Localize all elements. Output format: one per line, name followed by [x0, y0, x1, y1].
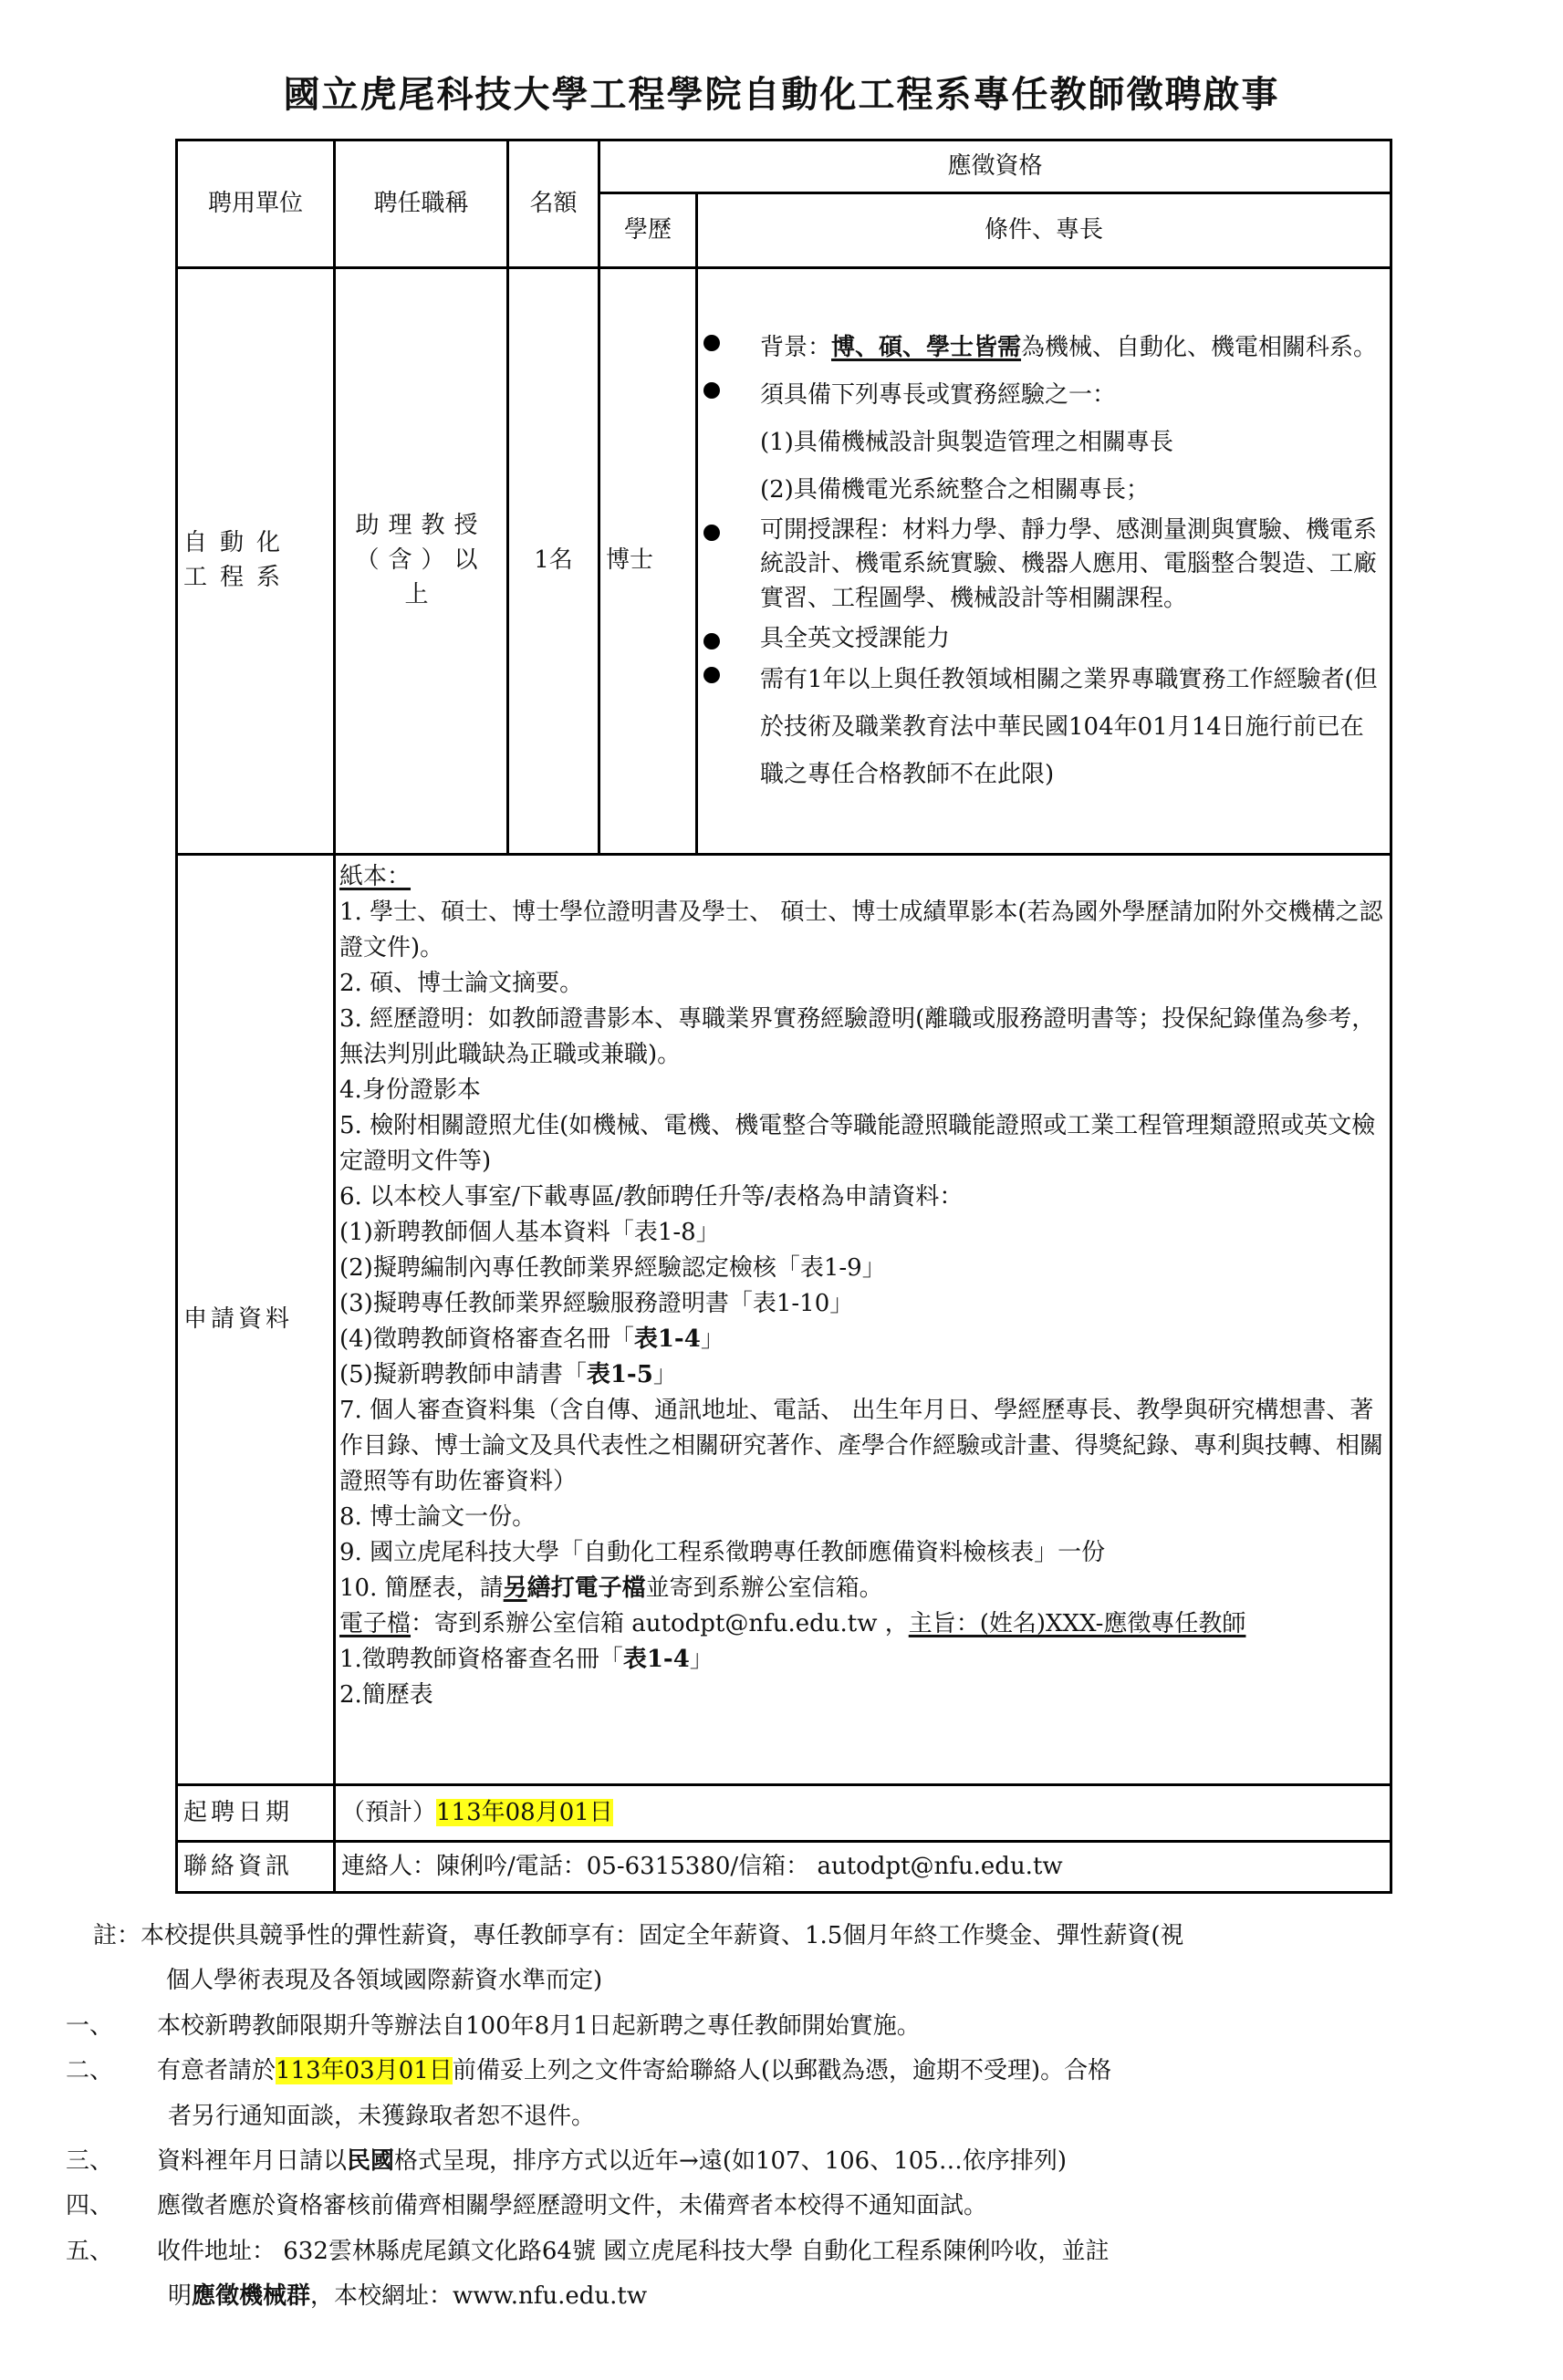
note-emphasis: 民國: [347, 2147, 394, 2175]
contact-label-text: 聯絡資訊: [183, 1853, 293, 1880]
condition-expertise: 須具備下列專長或實務經驗之一： (1)具備機械設計與製造管理之相關專長 (2)具…: [698, 371, 1386, 514]
note-2: 二、有意者請於113年03月01日前備妥上列之文件寄給聯絡人(以郵戳為憑，逾期不…: [66, 2049, 1489, 2094]
item-number: 10.: [339, 1575, 377, 1602]
note-number: 四、: [66, 2184, 157, 2229]
email-label: 電子檔: [339, 1610, 411, 1637]
header-qualifications: 應徵資格: [599, 140, 1391, 193]
background-prefix: 背景：: [760, 334, 831, 361]
english-text: 具全英文授課能力: [760, 625, 950, 652]
note-text: 有意者請於: [157, 2057, 276, 2084]
note-text: 本校新聘教師限期升等辦法自100年8月1日起新聘之專任教師開始實施。: [157, 2012, 921, 2040]
email-text: ：寄到系辦公室信箱 autodpt@nfu.edu.tw ，: [411, 1610, 909, 1637]
bullet-icon: [703, 335, 720, 351]
item-text: 國立虎尾科技大學「自動化工程系徵聘專任教師應備資料檢核表」一份: [370, 1539, 1105, 1566]
item-text: 並寄到系辦公室信箱。: [646, 1575, 883, 1602]
apply-label: 申請資料: [183, 1305, 293, 1333]
note-text: 資料裡年月日請以: [157, 2147, 347, 2175]
note-2-cont: 者另行通知面談，未獲錄取者恕不退件。: [66, 2094, 1489, 2139]
note-text: ，本校網址：www.nfu.edu.tw: [310, 2282, 647, 2310]
salary-note: 註：本校提供具競爭性的彈性薪資，專任教師享有：固定全年薪資、1.5個月年終工作獎…: [66, 1914, 1489, 1959]
conditions-cell: 背景：博、碩、學士皆需為機械、自動化、機電相關科系。 須具備下列專長或實務經驗之…: [697, 268, 1391, 855]
deadline-date: 113年03月01日: [276, 2057, 453, 2084]
note-text: 明: [168, 2282, 192, 2310]
start-date-prefix: （預計）: [341, 1799, 436, 1826]
apply-item-4: 4.身份證影本: [339, 1073, 1386, 1108]
contact-text: 連絡人：陳俐吟/電話：05-6315380/信箱： autodpt@nfu.ed…: [341, 1853, 1063, 1880]
item-emphasis: 另: [504, 1575, 527, 1602]
start-date-row: 起聘日期 （預計）113年08月01日: [177, 1785, 1391, 1842]
degree-cell: 博士: [599, 268, 697, 855]
condition-courses: 可開授課程：材料力學、靜力學、感測量測與實驗、機電系統設計、機電系統實驗、機器人…: [698, 514, 1386, 617]
item-text: 博士論文一份。: [370, 1503, 536, 1531]
note-1: 一、本校新聘教師限期升等辦法自100年8月1日起新聘之專任教師開始實施。: [66, 2004, 1489, 2049]
header-conditions: 條件、專長: [697, 193, 1391, 268]
note-text: 收件地址： 632雲林縣虎尾鎮文化路64號 國立虎尾科技大學 自動化工程系陳俐吟…: [157, 2238, 1110, 2265]
bullet-icon: [703, 667, 720, 683]
salary-note-cont: 個人學術表現及各領域國際薪資水準而定): [66, 1959, 1489, 2003]
header-unit: 聘用單位: [177, 140, 335, 268]
background-rest: 為機械、自動化、機電相關科系。: [1021, 334, 1377, 361]
position-value: 助理教授（含）以上: [355, 512, 486, 608]
form-text: (5)擬新聘教師申請書「: [339, 1361, 587, 1388]
item-number: 4.: [339, 1076, 362, 1104]
email-item-text: 1.徵聘教師資格審查名冊「: [339, 1646, 623, 1673]
item-number: 6.: [339, 1183, 362, 1211]
page-title: 國立虎尾科技大學工程學院自動化工程系專任教師徵聘啟事: [0, 66, 1563, 118]
apply-item-2: 2. 碩、博士論文摘要。: [339, 966, 1386, 1002]
notes-section: 註：本校提供具競爭性的彈性薪資，專任教師享有：固定全年薪資、1.5個月年終工作獎…: [66, 1914, 1489, 2320]
form-3: (3)擬聘專任教師業界經驗服務證明書「表1-10」: [339, 1286, 1386, 1322]
recruitment-table: 聘用單位 聘任職稱 名額 應徵資格 學歷 條件、專長 自動化工程系 助理教授（含…: [175, 139, 1392, 1894]
item-number: 3.: [339, 1005, 362, 1033]
apply-item-3: 3. 經歷證明：如教師證書影本、專職業界實務經驗證明(離職或服務證明書等；投保紀…: [339, 1002, 1386, 1073]
start-date-label-text: 起聘日期: [183, 1799, 293, 1826]
condition-english: 具全英文授課能力: [698, 622, 1386, 657]
application-row: 申請資料 紙本： 1. 學士、碩士、博士學位證明書及學士、 碩士、博士成績單影本…: [177, 855, 1391, 1785]
form-1: (1)新聘教師個人基本資料「表1-8」: [339, 1215, 1386, 1251]
apply-item-7: 7. 個人審查資料集（含自傳、通訊地址、電話、 出生年月日、學經歷專長、教學與研…: [339, 1393, 1386, 1500]
unit-value: 自動化工程系: [183, 529, 293, 591]
form-code: 表1-5: [587, 1361, 653, 1388]
email-item-2: 2.簡歷表: [339, 1678, 1386, 1713]
email-item-close: 」: [690, 1646, 714, 1673]
item-number: 2.: [339, 970, 362, 997]
contact-label: 聯絡資訊: [177, 1842, 335, 1893]
item-number: 8.: [339, 1503, 362, 1531]
note-text: 格式呈現，排序方式以近年→遠(如107、106、105…依序排列): [394, 2147, 1067, 2175]
email-subject: 主旨：(姓名)XXX-應徵專任教師: [909, 1610, 1246, 1637]
position-row: 自動化工程系 助理教授（含）以上 1名 博士 背景：博、碩、學士皆需為機械、自動…: [177, 268, 1391, 855]
item-number: 5.: [339, 1112, 362, 1139]
note-3: 三、資料裡年月日請以民國格式呈現，排序方式以近年→遠(如107、106、105……: [66, 2139, 1489, 2184]
apply-item-6: 6. 以本校人事室/下載專區/教師聘任升等/表格為申請資料：: [339, 1180, 1386, 1215]
apply-item-5: 5. 檢附相關證照尤佳(如機械、電機、機電整合等職能證照職能證照或工業工程管理類…: [339, 1108, 1386, 1180]
email-instructions: 電子檔：寄到系辦公室信箱 autodpt@nfu.edu.tw ，主旨：(姓名)…: [339, 1606, 1386, 1642]
form-text: (4)徵聘教師資格審查名冊「: [339, 1325, 634, 1353]
start-date-label: 起聘日期: [177, 1785, 335, 1842]
condition-background: 背景：博、碩、學士皆需為機械、自動化、機電相關科系。: [698, 324, 1386, 371]
item-text: 個人審查資料集（含自傳、通訊地址、電話、 出生年月日、學經歷專長、教學與研究構想…: [339, 1397, 1383, 1495]
item-number: 7.: [339, 1397, 362, 1424]
start-date-cell: （預計）113年08月01日: [335, 1785, 1391, 1842]
note-text: 前備妥上列之文件寄給聯絡人(以郵戳為憑，逾期不受理)。合格: [453, 2057, 1111, 2084]
form-code: 表1-4: [634, 1325, 701, 1353]
item-emphasis: 繕打電子檔: [527, 1575, 646, 1602]
courses-text: 可開授課程：材料力學、靜力學、感測量測與實驗、機電系統設計、機電系統實驗、機器人…: [760, 516, 1377, 612]
bullet-icon: [703, 633, 720, 650]
note-number: 三、: [66, 2139, 157, 2184]
start-date-value: 113年08月01日: [436, 1799, 613, 1826]
apply-content-cell: 紙本： 1. 學士、碩士、博士學位證明書及學士、 碩士、博士成績單影本(若為國外…: [335, 855, 1391, 1785]
expertise-text: 須具備下列專長或實務經驗之一：: [760, 381, 1116, 409]
position-cell: 助理教授（含）以上: [335, 268, 508, 855]
item-text: 以本校人事室/下載專區/教師聘任升等/表格為申請資料：: [370, 1183, 963, 1211]
note-number: 五、: [66, 2229, 157, 2274]
conditions-list: 背景：博、碩、學士皆需為機械、自動化、機電相關科系。 須具備下列專長或實務經驗之…: [698, 318, 1390, 805]
header-position: 聘任職稱: [335, 140, 508, 268]
form-close: 」: [701, 1325, 724, 1353]
expertise-option-2: (2)具備機電光系統整合之相關專長；: [760, 466, 1386, 514]
note-text: 應徵者應於資格審核前備齊相關學經歷證明文件，未備齊者本校得不通知面試。: [157, 2192, 987, 2219]
apply-item-10: 10. 簡歷表，請另繕打電子檔並寄到系辦公室信箱。: [339, 1571, 1386, 1606]
expertise-option-1: (1)具備機械設計與製造管理之相關專長: [760, 419, 1386, 466]
note-emphasis: 應徵機械群: [192, 2282, 310, 2310]
header-quota: 名額: [508, 140, 599, 268]
contact-row: 聯絡資訊 連絡人：陳俐吟/電話：05-6315380/信箱： autodpt@n…: [177, 1842, 1391, 1893]
header-degree: 學歷: [599, 193, 697, 268]
apply-item-1: 1. 學士、碩士、博士學位證明書及學士、 碩士、博士成績單影本(若為國外學歷請加…: [339, 895, 1386, 966]
note-number: 一、: [66, 2004, 157, 2049]
note-5-cont: 明應徵機械群，本校網址：www.nfu.edu.tw: [66, 2274, 1489, 2319]
form-4: (4)徵聘教師資格審查名冊「表1-4」: [339, 1322, 1386, 1357]
item-text: 學士、碩士、博士學位證明書及學士、 碩士、博士成績單影本(若為國外學歷請加附外交…: [339, 899, 1383, 961]
condition-experience: 需有1年以上與任教領域相關之業界專職實務工作經驗者(但於技術及職業教育法中華民國…: [698, 656, 1386, 798]
quota-cell: 1名: [508, 268, 599, 855]
bullet-icon: [703, 382, 720, 399]
apply-label-cell: 申請資料: [177, 855, 335, 1785]
note-number: 二、: [66, 2049, 157, 2094]
email-item-code: 表1-4: [623, 1646, 690, 1673]
item-text: 身份證影本: [362, 1076, 481, 1104]
contact-cell: 連絡人：陳俐吟/電話：05-6315380/信箱： autodpt@nfu.ed…: [335, 1842, 1391, 1893]
form-close: 」: [653, 1361, 677, 1388]
form-2: (2)擬聘編制內專任教師業界經驗認定檢核「表1-9」: [339, 1251, 1386, 1286]
item-number: 9.: [339, 1539, 362, 1566]
item-text: 檢附相關證照尤佳(如機械、電機、機電整合等職能證照職能證照或工業工程管理類證照或…: [339, 1112, 1375, 1175]
item-text: 簡歷表，請: [385, 1575, 504, 1602]
apply-item-9: 9. 國立虎尾科技大學「自動化工程系徵聘專任教師應備資料檢核表」一份: [339, 1535, 1386, 1571]
bullet-icon: [703, 525, 720, 541]
apply-item-8: 8. 博士論文一份。: [339, 1500, 1386, 1535]
background-emphasis: 博、碩、學士皆需: [831, 334, 1021, 361]
paper-heading: 紙本：: [339, 863, 411, 890]
item-text: 經歷證明：如教師證書影本、專職業界實務經驗證明(離職或服務證明書等；投保紀錄僅為…: [339, 1005, 1375, 1068]
unit-cell: 自動化工程系: [177, 268, 335, 855]
form-5: (5)擬新聘教師申請書「表1-5」: [339, 1357, 1386, 1393]
note-5: 五、收件地址： 632雲林縣虎尾鎮文化路64號 國立虎尾科技大學 自動化工程系陳…: [66, 2229, 1489, 2274]
experience-text: 需有1年以上與任教領域相關之業界專職實務工作經驗者(但於技術及職業教育法中華民國…: [760, 666, 1378, 788]
note-4: 四、應徵者應於資格審核前備齊相關學經歷證明文件，未備齊者本校得不通知面試。: [66, 2184, 1489, 2229]
item-text: 碩、博士論文摘要。: [370, 970, 583, 997]
email-item-1: 1.徵聘教師資格審查名冊「表1-4」: [339, 1642, 1386, 1678]
item-number: 1.: [339, 899, 362, 926]
